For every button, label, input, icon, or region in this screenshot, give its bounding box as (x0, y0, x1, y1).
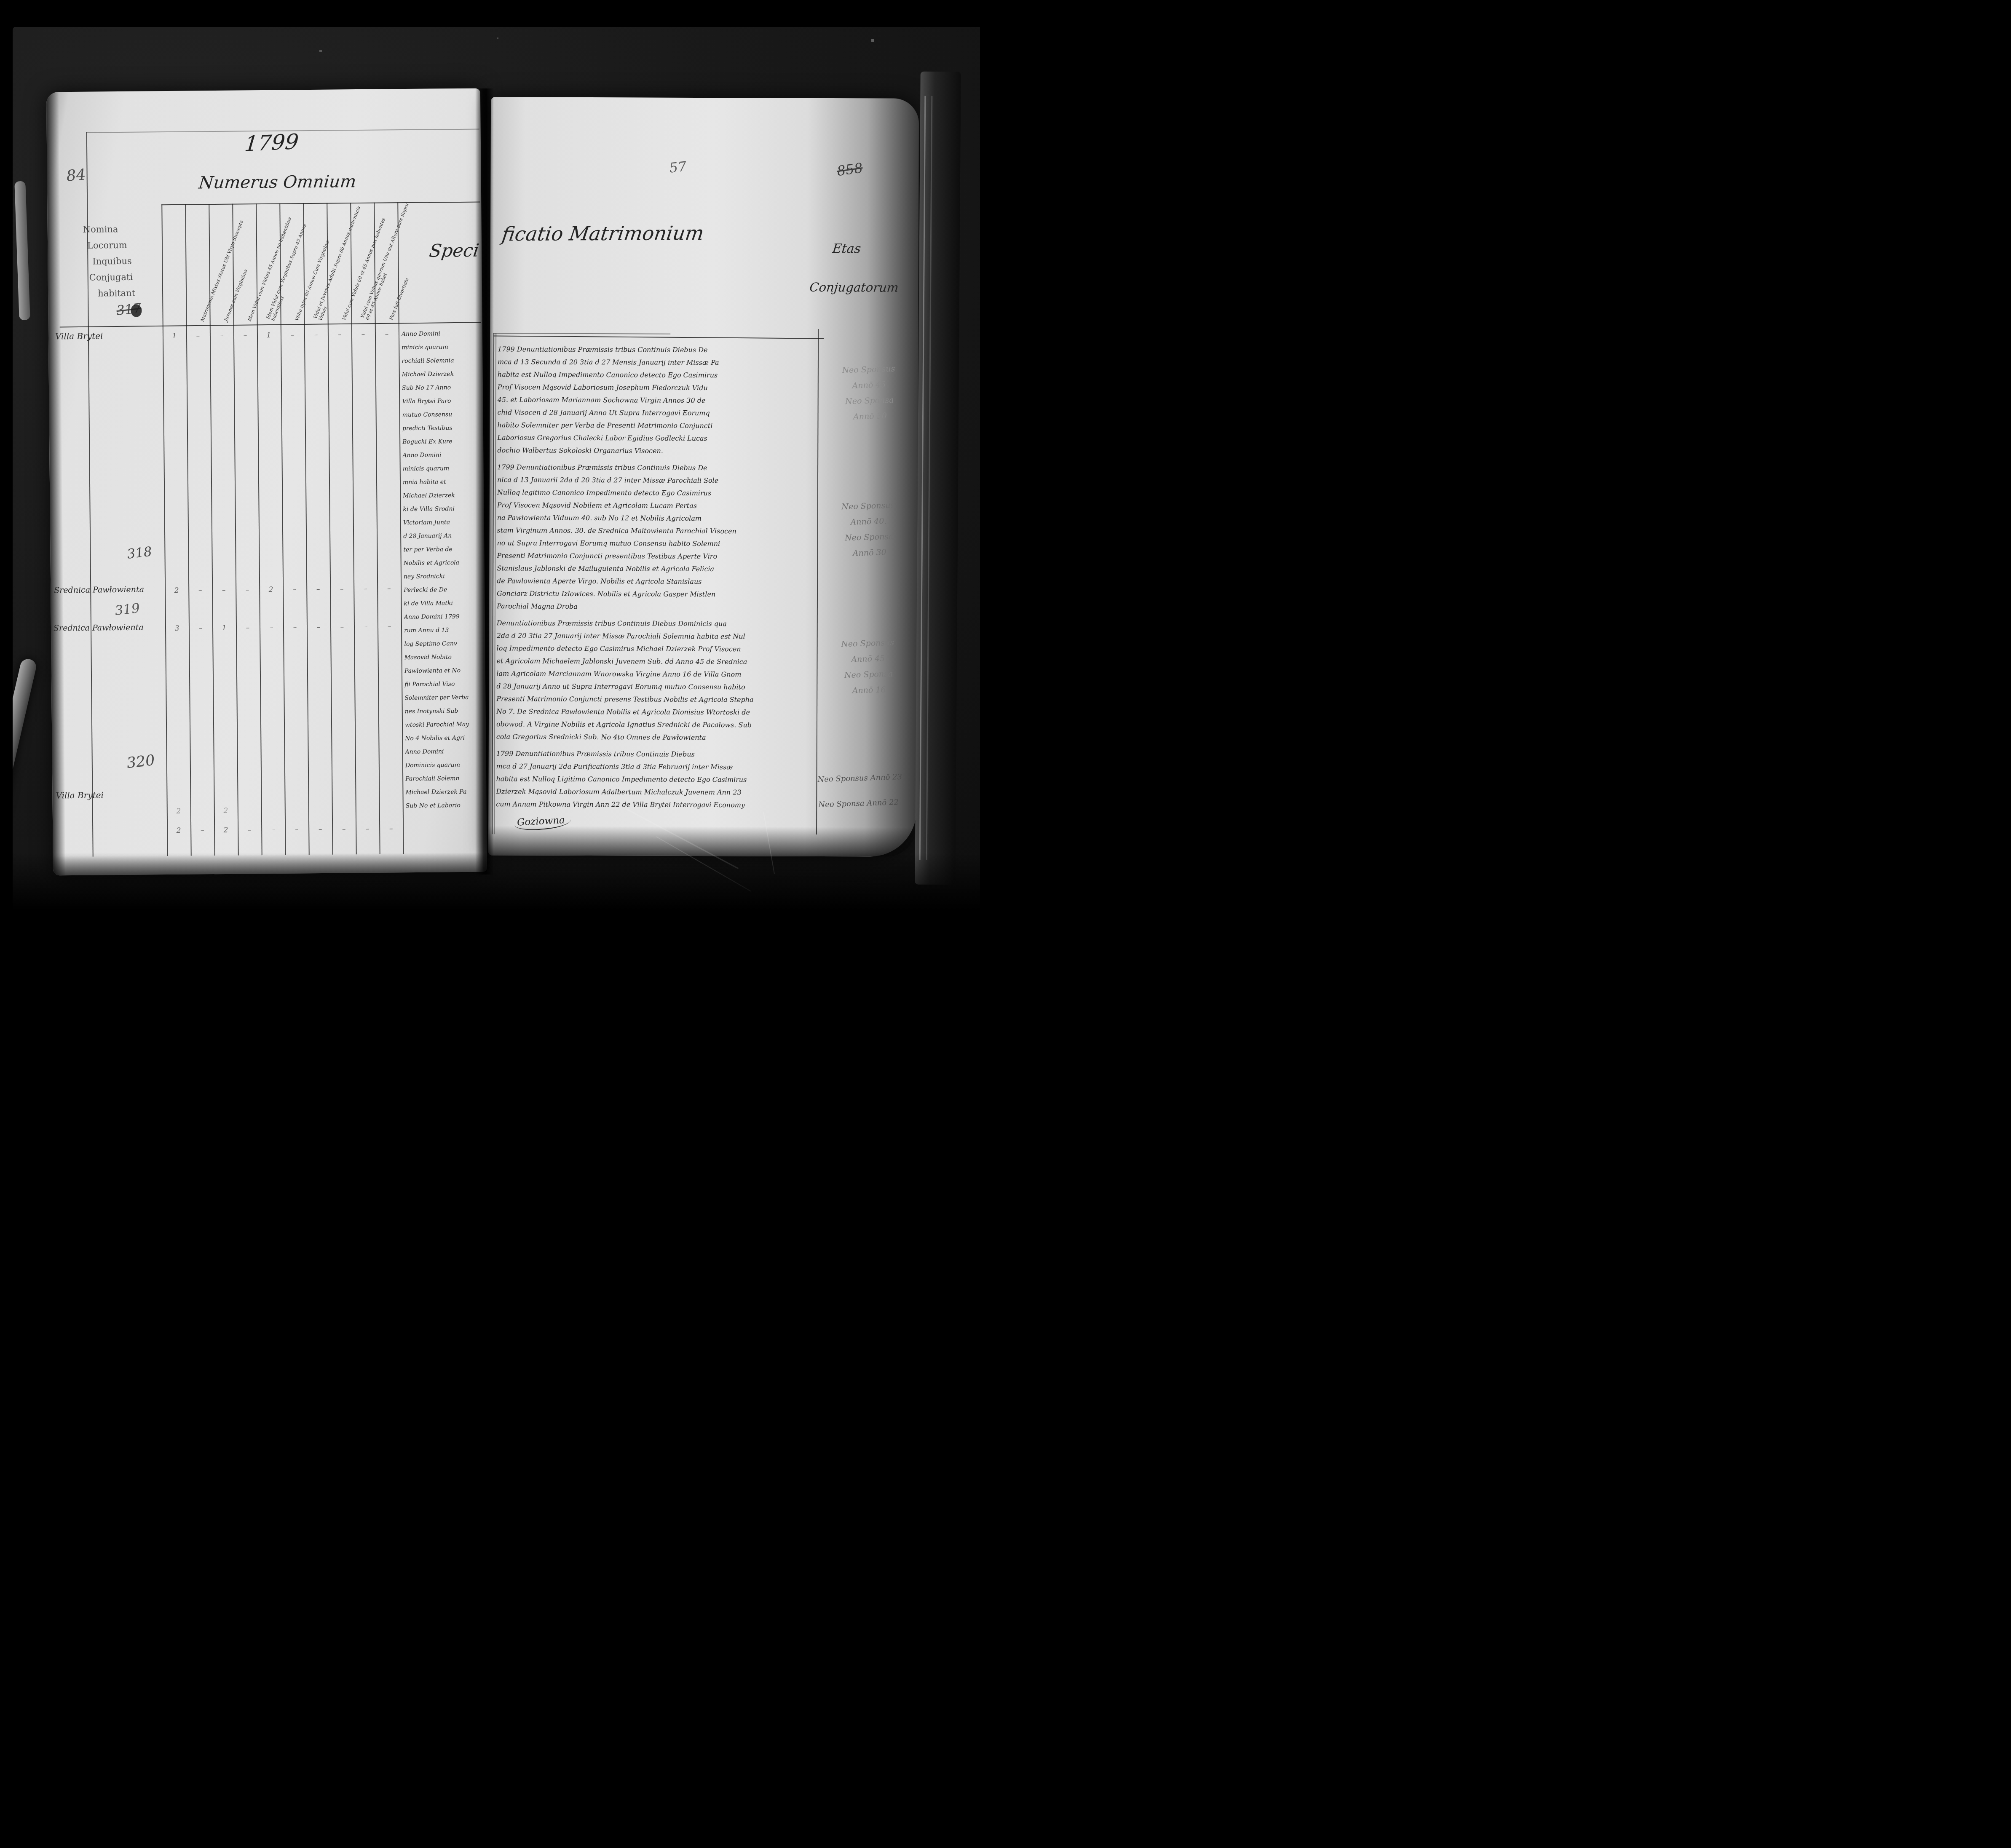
marriage-record-4: 1799 Denuntiationibus Præmissis tribus C… (496, 747, 813, 812)
column-header-9: Vidui cum Viduis quorum Una aut Altera p… (350, 203, 375, 324)
column-header-4: Idem Vidui cum Viduis 45 Annos no habent… (232, 203, 257, 324)
age-column-rule (816, 329, 819, 834)
text-line: 1799 Denuntiationibus Præmissis tribus C… (497, 461, 814, 475)
entry-number-319: 319 (114, 601, 141, 618)
text-line: – (332, 825, 356, 833)
text-line: – (190, 826, 214, 834)
text-line: – (186, 332, 210, 340)
column-header-1 (161, 204, 186, 325)
text-line: Prof Visocen Mąsovid Laboriosum Josephum… (498, 381, 814, 395)
text-line: wtoski Parochial May (405, 718, 484, 732)
text-line: 1 (212, 624, 236, 632)
text-line: – (281, 331, 304, 339)
marriage-record-3: Denuntiationibus Præmissis tribus Contin… (496, 617, 814, 744)
record-top-rule-2 (493, 333, 670, 334)
text-line: Dzierzek Mąsovid Laboriosum Adalbertum M… (496, 785, 813, 799)
text-line: Michael Dzierzek (403, 489, 482, 503)
column-header-7: Vidui et Juvenes Adulti Supra 60 Annos a… (303, 203, 328, 324)
column-header-3: Juvenes cum Virginibus (209, 204, 233, 325)
text-line: Neo Sponsus Annō 23 (817, 764, 919, 793)
column-header-5: Idem Vidui cum Virginibus Supra 45 Annos… (256, 203, 281, 324)
specificatio-heading-right: ficatio Matrimonium (501, 222, 705, 245)
text-line: Sub No 17 Anno (402, 381, 481, 395)
text-line: Laboriosus Gregorius Chalecki Labor Egid… (497, 431, 814, 445)
text-line: fii Parochial Viso (404, 677, 484, 692)
left-page-number: 84 (66, 166, 86, 185)
text-line: 2 (214, 807, 238, 815)
struck-page-number: 858 (836, 160, 864, 179)
text-line: habita est Nulloq Ligitimo Canonico Impe… (496, 773, 813, 786)
text-line: – (351, 330, 375, 339)
ink-blot (131, 305, 142, 317)
text-line: chid Visocen d 28 Januarij Anno Ut Supra… (497, 406, 814, 420)
text-line: – (328, 330, 351, 339)
text-line: Annō 30 (822, 544, 917, 562)
text-line: Perlecki de De (404, 583, 483, 597)
place-name: Srednica Pawłowienta (54, 623, 144, 633)
tally-marks-row: 2–2––––––– (167, 824, 403, 835)
text-line: – (238, 826, 261, 834)
text-line: – (356, 825, 379, 833)
film-border-right (980, 0, 1005, 924)
text-line: Anno Domini (405, 745, 484, 759)
text-line: mca d 27 Januarij 2da Purificationis 3ti… (496, 760, 813, 774)
text-line: habito Solemniter per Verba de Presenti … (497, 419, 814, 433)
text-line: Parochial Magna Droba (497, 600, 814, 614)
text-line (261, 806, 285, 815)
marriage-record-2: 1799 Denuntiationibus Præmissis tribus C… (497, 461, 814, 614)
text-line: rochiali Solemnia (402, 354, 481, 368)
ages-record-2: Neo SponsusAnnō 40.Neo SponsaAnnō 30 (820, 497, 917, 562)
text-line: no ut Supra Interrogavi Eorumq mutuo Con… (497, 537, 814, 551)
text-line: – (330, 585, 353, 593)
text-line: 2 (214, 826, 238, 834)
text-line: – (233, 331, 257, 340)
record-text-column: Anno Dominiminicis quarumrochiali Solemn… (402, 327, 485, 813)
book-gutter-shadow (475, 88, 494, 875)
book-spine-edge (915, 72, 961, 885)
marriage-record-1: 1799 Denuntiationibus Præmissis tribus C… (497, 343, 814, 458)
text-line: – (283, 585, 306, 594)
bottom-vignette (0, 853, 1005, 924)
text-line: nes Inotynski Sub (405, 704, 484, 719)
text-line (356, 805, 379, 814)
tally-marks-row-faint: 22 (167, 805, 403, 816)
ages-record-3: Neo SponsusAnnō 45Neo SponsaAnnō 16 (820, 634, 917, 700)
text-line: minicis quarum (403, 462, 482, 476)
microfilm-photo: 84 1799 Numerus Omnium NominaLocorumInqu… (0, 0, 1005, 924)
column-header-6: Vidui infra 60 Annos Cum Virginibus (279, 203, 304, 324)
record-top-rule (493, 336, 824, 339)
film-border-left (0, 0, 13, 924)
text-line: 1 (163, 332, 186, 340)
text-line: d 28 Januarij An (403, 529, 482, 543)
text-line: – (285, 825, 308, 834)
pencil-folio-number: 57 (669, 158, 687, 176)
text-line: Locorum (83, 237, 135, 254)
text-line: Annō 30 (822, 407, 918, 426)
text-line: mutuo Consensu (402, 408, 481, 422)
text-line (285, 806, 308, 814)
text-line: ter per Verba de (403, 543, 482, 557)
row-label-header: NominaLocorumInquibusConjugatihabitant (83, 221, 136, 302)
text-line: Presenti Matrimonio Conjuncti presens Te… (496, 693, 813, 706)
text-line (332, 805, 356, 814)
text-line: mnia habita et (403, 475, 482, 489)
text-line: Victoriam Junta (403, 516, 482, 530)
age-column-header-line2: Conjugatorum (809, 280, 900, 295)
age-column-header: Etas (832, 241, 862, 256)
text-line: cum Annam Pitkowna Virgin Ann 22 de Vill… (496, 798, 813, 812)
text-line: Masovid Nobito (404, 650, 484, 665)
text-line: d 28 Januarij Anno ut Supra Interrogavi … (496, 680, 813, 694)
text-line: 2 (167, 807, 190, 816)
text-line: Presenti Matrimonio Conjuncti presentibu… (497, 549, 814, 563)
year-heading: 1799 (244, 129, 300, 156)
text-line: mca d 13 Secunda d 20 3tia d 27 Mensis J… (498, 356, 814, 369)
text-line: No 4 Nobilis et Agri (405, 731, 484, 746)
text-line: de Pawlowienta Aperte Virgo. Nobilis et … (497, 575, 814, 588)
text-line: No 7. De Srednica Pawłowienta Nobilis et… (496, 705, 813, 719)
text-line: – (377, 584, 401, 593)
text-line (308, 806, 332, 814)
column-header-8: Vidui cum Viduis 60 et 45 Annos non habe… (327, 203, 351, 324)
text-line: 2 (167, 826, 190, 835)
text-line: minicis quarum (402, 340, 481, 355)
struck-page-number-value: 858 (836, 160, 864, 179)
text-line: nica d 13 Januarii 2da d 20 3tia d 27 in… (497, 473, 814, 487)
text-line: ki de Villa Srodni (403, 502, 482, 516)
text-line: – (354, 623, 378, 631)
text-line: Dominicis quarum (405, 758, 485, 773)
place-name: Villa Brytei (56, 790, 104, 800)
left-page: 84 1799 Numerus Omnium NominaLocorumInqu… (46, 88, 487, 876)
text-line (238, 806, 261, 815)
text-line: Anno Domini (402, 448, 482, 463)
text-line: Denuntiationibus Præmissis tribus Contin… (497, 617, 814, 631)
text-line: 45. et Laboriosam Mariannam Sochowna Vir… (498, 393, 814, 407)
text-line: obowod. A Virgine Nobilis et Agricola Ig… (496, 718, 813, 732)
text-line (190, 807, 214, 815)
text-line: habitant (83, 285, 135, 302)
ages-record-1: Neo SponsusAnnō 45Neo SponsaAnnō 30 (821, 361, 918, 426)
entry-number-320: 320 (126, 752, 156, 772)
bride-surname-signature: Goziowna (514, 813, 571, 831)
text-line: – (306, 585, 330, 594)
entry-number-318: 318 (126, 544, 153, 562)
text-line: 1799 Denuntiationibus Præmissis tribus C… (498, 343, 814, 357)
text-line: – (330, 623, 354, 631)
text-line: habita est Nulloq Impedimento Canonico d… (498, 368, 814, 382)
text-line: – (189, 624, 212, 632)
text-line: – (308, 825, 332, 834)
text-line: Nulloq legitimo Canonico Impedimento det… (497, 486, 814, 500)
text-line: – (353, 585, 377, 593)
text-line: Michael Dzierzek Pa (405, 785, 485, 800)
text-line: – (378, 622, 401, 631)
text-line: 2 (165, 586, 188, 595)
text-line: Neo Sponsa Annō 22 (818, 789, 920, 818)
text-line: Nomina (83, 221, 135, 238)
text-line: Michael Dzierzek (402, 367, 481, 382)
text-line: – (212, 586, 236, 594)
text-line: Anno Domini (402, 327, 481, 341)
text-line: 1 (257, 331, 281, 340)
text-line: Bogucki Ex Kure (402, 435, 482, 449)
text-line: log Septimo Canv (404, 637, 483, 651)
text-line: rum Annu d 13 (404, 623, 483, 638)
place-name: Srednica Pawłowienta (54, 585, 144, 595)
text-line: – (260, 623, 283, 632)
text-line: – (236, 586, 259, 594)
text-line: Pawlowienta et No (404, 664, 484, 678)
text-line: cola Gregorius Srednicki Sub. No 4to Omn… (496, 730, 813, 744)
text-line: Sub No et Laborio (406, 799, 485, 813)
text-line: Parochiali Solemn (405, 772, 485, 786)
text-line: Villa Brytei Paro (402, 394, 481, 409)
text-line: Anno Domini 1799 (404, 610, 483, 624)
tally-marks-row: 1–––1––––– (163, 330, 399, 340)
text-line: – (236, 623, 260, 632)
text-line (379, 805, 403, 813)
column-header-2: Matrimonia Mixtus Status Ubi Virgo Susce… (185, 204, 210, 325)
marriage-records: 1799 Denuntiationibus Præmissis tribus C… (496, 343, 814, 831)
text-line: – (283, 623, 307, 631)
film-border-top (0, 0, 1005, 27)
ages-record-4: Neo Sponsus Annō 23Neo Sponsa Annō 22 (817, 764, 920, 818)
text-line: – (261, 826, 285, 834)
text-line: ney Srodnicki (404, 570, 483, 584)
text-line: 2 (259, 586, 283, 594)
text-line: Conjugati (83, 269, 135, 286)
text-line: loq Impedimento detecto Ego Casimirus Mi… (497, 642, 814, 656)
text-line: – (375, 330, 399, 338)
text-line: na Pawłowienta Viduum 40. sub No 12 et N… (497, 511, 814, 525)
text-line: 1799 Denuntiationibus Præmissis tribus C… (496, 747, 813, 761)
text-line: – (379, 824, 403, 833)
table-title: Numerus Omnium (198, 172, 357, 193)
text-line: – (304, 331, 328, 339)
text-line: Annō 16 (822, 681, 917, 700)
text-line: – (307, 623, 330, 631)
text-line: Inquibus (83, 253, 135, 270)
text-line: – (210, 332, 233, 340)
tally-marks-row: 3–1––––––– (165, 622, 401, 633)
text-line: Solemniter per Verba (404, 691, 484, 705)
column-header-10: Pars fuit Divortiata (374, 202, 399, 323)
text-line: Prof Visocen Mąsovid Nobilem et Agricola… (497, 499, 814, 513)
text-line: Stanislaus Jablonski de Mailuguienta Nob… (497, 562, 814, 576)
text-line: ki de Villa Matki (404, 596, 483, 611)
text-line: lam Agricolam Marciannam Wnorowska Virgi… (496, 667, 813, 681)
right-page: 57 858 ficatio Matrimonium Etas Conjugat… (488, 97, 919, 857)
text-line: 2da d 20 3tia 27 Januarij inter Missæ Pa… (497, 629, 814, 643)
text-line: Nobilis et Agricola (404, 556, 483, 570)
tally-marks-row: 2–––2––––– (165, 584, 401, 595)
text-line: predicti Testibus (402, 421, 482, 436)
text-line: 3 (165, 624, 189, 633)
text-line: et Agricolam Michaelem Jablonski Juvenem… (496, 655, 813, 669)
text-line: dochio Walbertus Sokoloski Organarius Vi… (497, 444, 814, 458)
specificatio-heading-left: Speci (428, 240, 480, 261)
place-name: Villa Brytei (55, 331, 103, 341)
text-line: – (188, 586, 212, 594)
text-line: Gonciarz Districtu Izlowices. Nobilis et… (497, 587, 814, 601)
text-line: stam Virginum Annos. 30. de Srednica Mai… (497, 524, 814, 538)
